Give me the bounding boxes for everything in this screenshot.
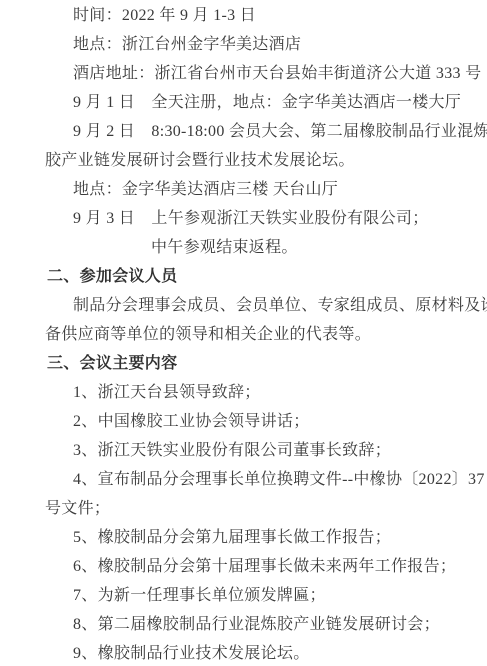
document-text-line: 号文件； <box>45 494 467 523</box>
document-text-line: 7、为新一任理事长单位颁发牌匾； <box>45 581 467 610</box>
document-text-line: 地点：浙江台州金字华美达酒店 <box>45 30 467 59</box>
document-text-line: 时间：2022 年 9 月 1-3 日 <box>45 1 467 30</box>
document-text-line: 中午参观结束返程。 <box>45 233 467 262</box>
section-heading: 二、参加会议人员 <box>45 262 467 291</box>
document-text-line: 制品分会理事会成员、会员单位、专家组成员、原材料及设 <box>45 291 467 320</box>
document-body: 时间：2022 年 9 月 1-3 日地点：浙江台州金字华美达酒店酒店地址：浙江… <box>0 0 487 666</box>
document-text-line: 4、宣布制品分会理事长单位换聘文件--中橡协〔2022〕37 <box>45 465 467 494</box>
document-text-line: 9 月 1 日 全天注册，地点：金字华美达酒店一楼大厅 <box>45 88 467 117</box>
document-text-line: 地点：金字华美达酒店三楼 天台山厅 <box>45 175 467 204</box>
document-text-line: 胶产业链发展研讨会暨行业技术发展论坛。 <box>45 146 467 175</box>
document-text-line: 备供应商等单位的领导和相关企业的代表等。 <box>45 320 467 349</box>
document-text-line: 9 月 3 日 上午参观浙江天铁实业股份有限公司； <box>45 204 467 233</box>
document-text-line: 5、橡胶制品分会第九届理事长做工作报告； <box>45 523 467 552</box>
document-text-line: 1、浙江天台县领导致辞； <box>45 378 467 407</box>
document-text-line: 8、第二届橡胶制品行业混炼胶产业链发展研讨会； <box>45 610 467 639</box>
document-text-line: 6、橡胶制品分会第十届理事长做未来两年工作报告； <box>45 552 467 581</box>
document-text-line: 2、中国橡胶工业协会领导讲话； <box>45 407 467 436</box>
document-text-line: 9 月 2 日 8:30-18:00 会员大会、第二届橡胶制品行业混炼 <box>45 117 467 146</box>
document-text-line: 酒店地址：浙江省台州市天台县始丰街道济公大道 333 号 <box>45 59 467 88</box>
section-heading: 三、会议主要内容 <box>45 349 467 378</box>
document-text-line: 3、浙江天铁实业股份有限公司董事长致辞； <box>45 436 467 465</box>
document-text-line: 9、橡胶制品行业技术发展论坛。 <box>45 639 467 666</box>
document-page: 时间：2022 年 9 月 1-3 日地点：浙江台州金字华美达酒店酒店地址：浙江… <box>0 0 487 666</box>
